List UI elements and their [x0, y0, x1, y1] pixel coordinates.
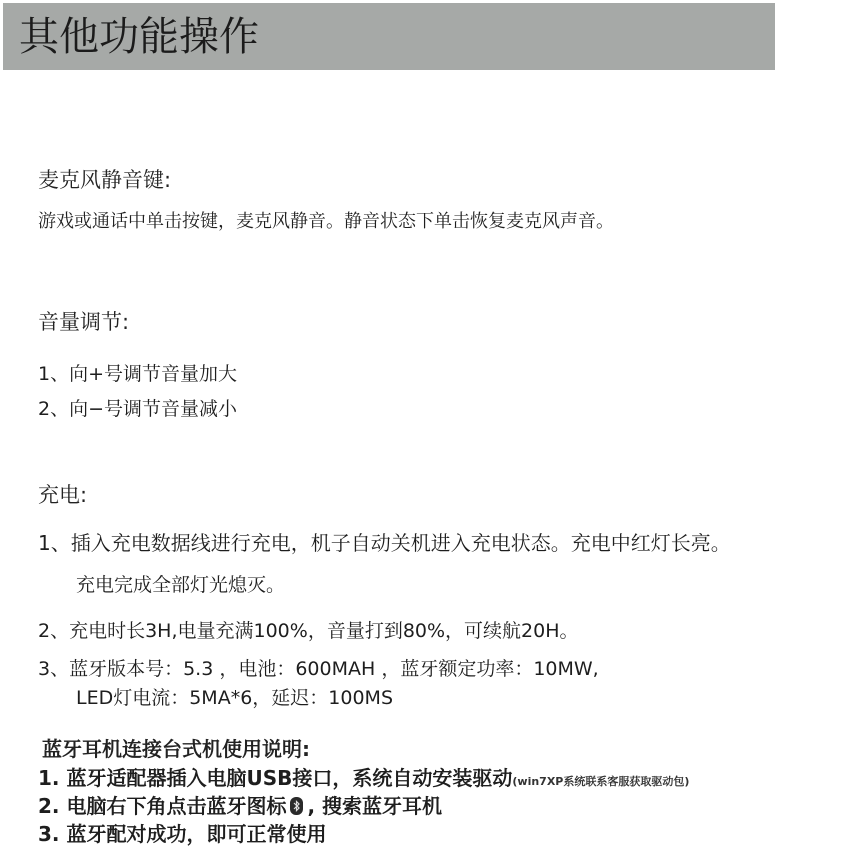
mic-mute-body: 游戏或通话中单击按键，麦克风静音。静音状态下单击恢复麦克风声音。 — [38, 207, 614, 233]
desktop-step-1: 1. 蓝牙适配器插入电脑USB接口，系统自动安装驱动(win7XP系统联系客服获… — [38, 762, 689, 791]
volume-item-2: 2、向−号调节音量减小 — [38, 394, 237, 421]
bluetooth-icon — [290, 797, 303, 815]
charging-item-1: 1、插入充电数据线进行充电，机子自动关机进入充电状态。充电中红灯长亮。 — [38, 527, 731, 556]
desktop-step-1-note: (win7XP系统联系客服获取驱动包) — [512, 775, 689, 788]
volume-item-1: 1、向+号调节音量加大 — [38, 359, 237, 386]
charging-item-1-cont: 充电完成全部灯光熄灭。 — [76, 570, 285, 597]
desktop-step-3: 3. 蓝牙配对成功，即可正常使用 — [38, 818, 326, 847]
desktop-step-1-text: 1. 蓝牙适配器插入电脑USB接口，系统自动安装驱动 — [38, 766, 512, 790]
charging-heading: 充电: — [38, 479, 87, 509]
desktop-step-2-text: 2. 电脑右下角点击蓝牙图标 — [38, 794, 286, 818]
desktop-step-2-after: , 搜索蓝牙耳机 — [307, 794, 442, 818]
desktop-connect-heading: 蓝牙耳机连接台式机使用说明: — [42, 733, 310, 762]
volume-heading: 音量调节: — [38, 306, 129, 336]
charging-item-3: 3、蓝牙版本号：5.3 ，电池：600MAH ，蓝牙额定功率：10MW, — [38, 654, 599, 681]
charging-item-2: 2、充电时长3H,电量充满100%，音量打到80%，可续航20H。 — [38, 616, 579, 643]
charging-item-3-cont: LED灯电流：5MA*6，延迟：100MS — [76, 683, 393, 710]
desktop-step-2: 2. 电脑右下角点击蓝牙图标, 搜索蓝牙耳机 — [38, 790, 442, 819]
mic-mute-heading: 麦克风静音键: — [38, 164, 171, 194]
header-band: 其他功能操作 — [3, 3, 775, 70]
page-title: 其他功能操作 — [19, 12, 259, 62]
